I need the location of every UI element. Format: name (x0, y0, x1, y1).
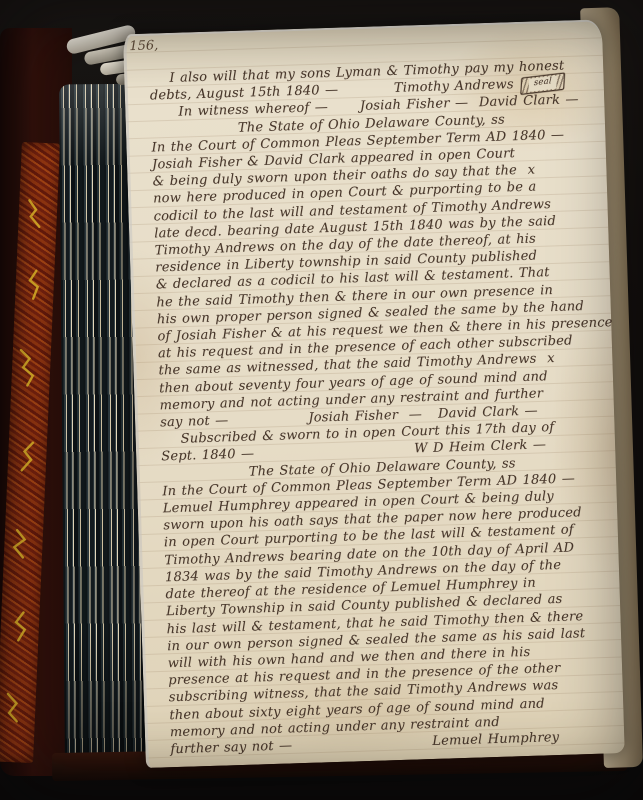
manuscript-page: 156, I also will that my sons Lyman & Ti… (123, 19, 625, 768)
manuscript-photo: 156, I also will that my sons Lyman & Ti… (0, 0, 643, 800)
signature-text: Lemuel Humphrey (432, 729, 559, 750)
page-number: 156, (129, 38, 158, 54)
manuscript-line-text: further say not — (170, 737, 292, 758)
seal-label: seal (528, 76, 557, 92)
line-right-group: Lemuel Humphrey (432, 729, 559, 750)
manuscript-lines: I also will that my sons Lyman & Timothy… (149, 57, 611, 760)
manuscript-line-text: Sept. 1840 — (161, 446, 255, 466)
